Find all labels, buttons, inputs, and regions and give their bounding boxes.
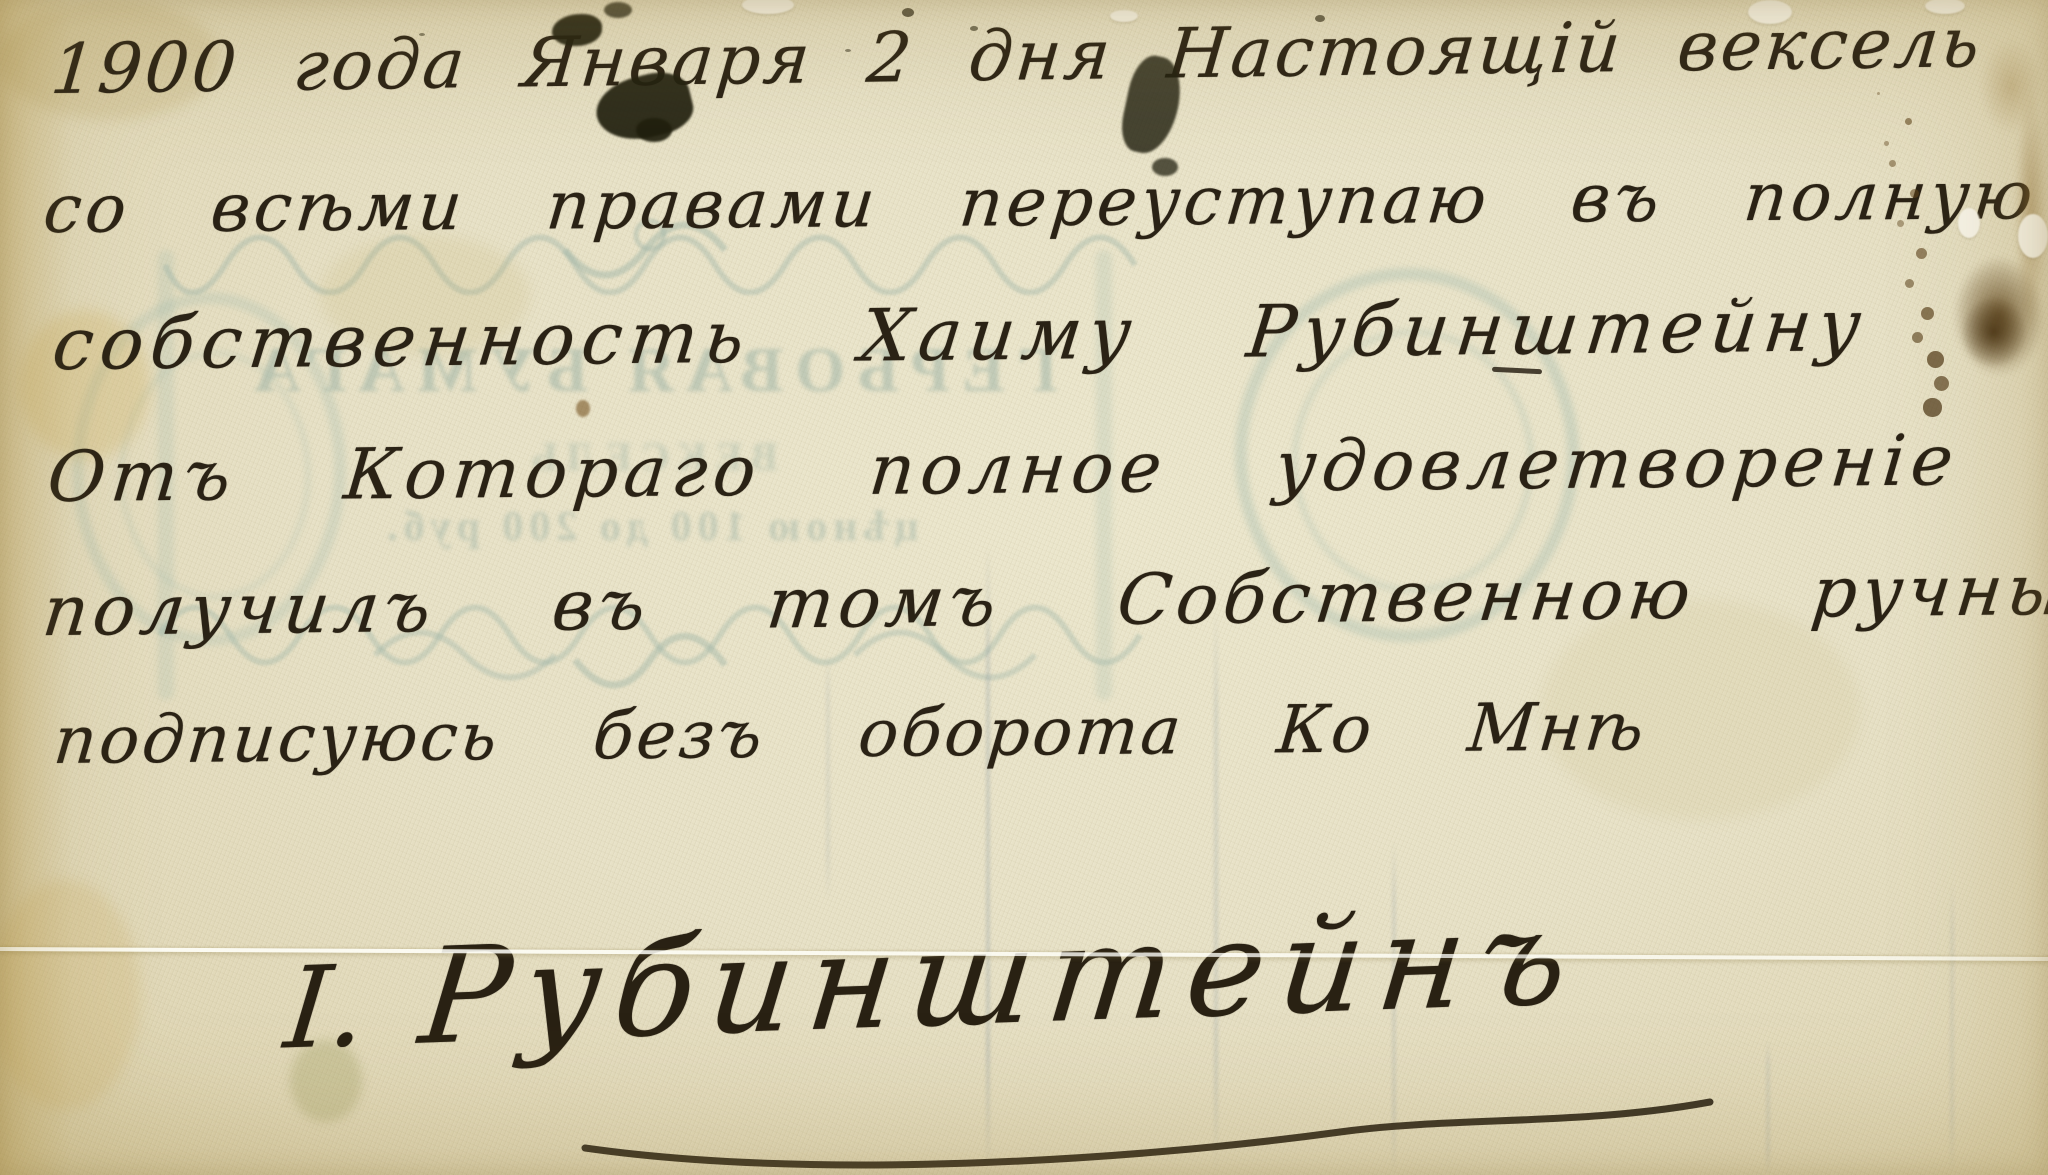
- ink-blot: [604, 2, 632, 18]
- ink-blot: [1152, 158, 1178, 176]
- handwritten-line-3: собственность Хаиму Рубинштейну: [49, 283, 1872, 386]
- handwritten-line-2: со всѣми правами переуступаю въ полную: [40, 156, 2040, 248]
- bleed-through-line: [826, 650, 830, 900]
- torn-paper-spot: [1110, 10, 1138, 22]
- torn-paper-spot: [742, 0, 794, 14]
- bleed-through-line: [1766, 1040, 1770, 1175]
- signature-name: Рубинштейнъ: [414, 880, 1590, 1075]
- ink-specks: [902, 8, 914, 17]
- age-speck: [576, 400, 590, 417]
- document-page: ГЕРБОВАЯ БУМАГА ВЕКСЕЛЬ цѣною 100 до 200…: [0, 0, 2048, 1175]
- handwritten-line-4: Отъ Котораго полное удовлетвореніе: [44, 419, 1963, 518]
- age-spot: [0, 880, 140, 1110]
- torn-paper-spot: [1748, 0, 1792, 24]
- ink-blot: [636, 118, 672, 142]
- brown-stain-dense: [1948, 282, 2040, 382]
- handwritten-line-6: подписуюсь безъ оборота Ко Мнѣ: [51, 688, 1651, 779]
- signature-initial: І.: [279, 941, 373, 1074]
- signature-flourish: [560, 1096, 1740, 1175]
- handwritten-line-1: 1900 года Января 2 дня Настоящій вексель: [48, 3, 1986, 110]
- torn-paper-spot: [2018, 214, 2048, 258]
- stain-speckle-trail: [1905, 118, 1912, 125]
- torn-paper-spot: [1958, 208, 1980, 238]
- bleed-through-line: [1950, 880, 1954, 1175]
